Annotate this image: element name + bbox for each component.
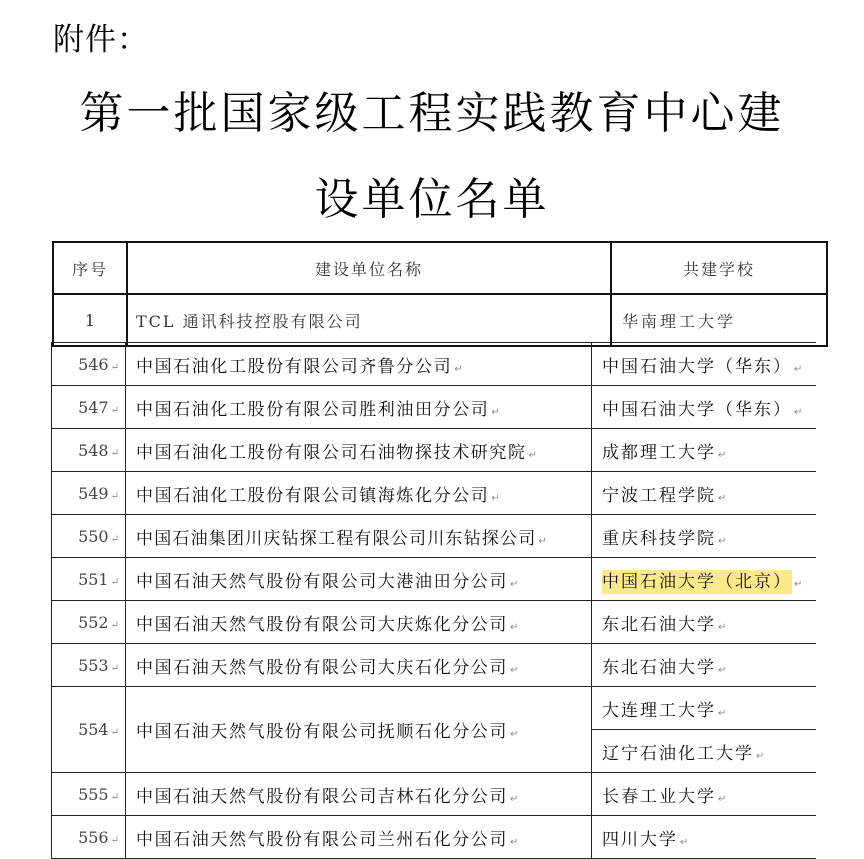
paragraph-mark-icon: ↵ <box>491 407 499 418</box>
row-school: 东北石油大学↵ <box>592 644 817 687</box>
paragraph-mark-icon: ↵ <box>718 708 726 719</box>
row-school: 长春工业大学↵ <box>592 773 817 816</box>
page-title-line-1: 第一批国家级工程实践教育中心建 <box>0 86 864 142</box>
row-school: 东北石油大学↵ <box>592 601 817 644</box>
row-school: 中国石油大学（华东）↵ <box>592 386 817 429</box>
row-unit-name: 中国石油天然气股份有限公司大庆炼化分公司↵ <box>126 601 592 644</box>
row-school: 重庆科技学院↵ <box>592 515 817 558</box>
row-number: 553↵ <box>52 644 126 687</box>
table-row: 550↵ 中国石油集团川庆钻探工程有限公司川东钻探公司↵ 重庆科技学院↵ <box>52 515 817 558</box>
paragraph-mark-icon: ↵ <box>454 364 462 375</box>
paragraph-mark-icon: ↵ <box>111 792 119 803</box>
row-school: 中国石油大学（北京）↵ <box>592 558 817 601</box>
paragraph-mark-icon: ↵ <box>510 837 518 848</box>
paragraph-mark-icon: ↵ <box>111 405 119 416</box>
row-school: 中国石油大学（华东）↵ <box>592 343 817 386</box>
header-table: 序号 建设单位名称 共建学校 1 TCL 通讯科技控股有限公司 华南理工大学 <box>52 241 828 347</box>
paragraph-mark-icon: ↵ <box>718 536 726 547</box>
row-school: 四川大学↵ <box>592 816 817 859</box>
row-school: 辽宁石油化工大学↵ <box>592 730 817 773</box>
paragraph-mark-icon: ↵ <box>510 729 518 740</box>
row-unit-name: TCL 通讯科技控股有限公司 <box>127 294 611 346</box>
paragraph-mark-icon: ↵ <box>794 364 802 375</box>
paragraph-mark-icon: ↵ <box>111 491 119 502</box>
row-unit-name: 中国石油化工股份有限公司镇海炼化分公司↵ <box>126 472 592 515</box>
table-row: 547↵ 中国石油化工股份有限公司胜利油田分公司↵ 中国石油大学（华东）↵ <box>52 386 817 429</box>
table-row-highlighted: 551↵ 中国石油天然气股份有限公司大港油田分公司↵ 中国石油大学（北京）↵ <box>52 558 817 601</box>
table-row: 555↵ 中国石油天然气股份有限公司吉林石化分公司↵ 长春工业大学↵ <box>52 773 817 816</box>
row-unit-name: 中国石油天然气股份有限公司大庆石化分公司↵ <box>126 644 592 687</box>
table-row-merged: 554↵ 中国石油天然气股份有限公司抚顺石化分公司↵ 大连理工大学↵ <box>52 687 817 730</box>
row-number: 546↵ <box>52 343 126 386</box>
paragraph-mark-icon: ↵ <box>680 837 688 848</box>
table-row: 556↵ 中国石油天然气股份有限公司兰州石化分公司↵ 四川大学↵ <box>52 816 817 859</box>
row-number: 554↵ <box>52 687 126 773</box>
row-school: 宁波工程学院↵ <box>592 472 817 515</box>
attachment-label: 附件： <box>53 20 149 60</box>
header-unit-name: 建设单位名称 <box>127 242 611 294</box>
table-row: 552↵ 中国石油天然气股份有限公司大庆炼化分公司↵ 东北石油大学↵ <box>52 601 817 644</box>
paragraph-mark-icon: ↵ <box>111 727 119 738</box>
paragraph-mark-icon: ↵ <box>491 493 499 504</box>
paragraph-mark-icon: ↵ <box>756 751 764 762</box>
row-unit-name: 中国石油天然气股份有限公司兰州石化分公司↵ <box>126 816 592 859</box>
row-unit-name: 中国石油天然气股份有限公司大港油田分公司↵ <box>126 558 592 601</box>
paragraph-mark-icon: ↵ <box>718 450 726 461</box>
row-school: 华南理工大学 <box>611 294 827 346</box>
row-unit-name: 中国石油天然气股份有限公司抚顺石化分公司↵ <box>126 687 592 773</box>
row-number: 552↵ <box>52 601 126 644</box>
paragraph-mark-icon: ↵ <box>510 579 518 590</box>
paragraph-mark-icon: ↵ <box>718 665 726 676</box>
row-unit-name: 中国石油集团川庆钻探工程有限公司川东钻探公司↵ <box>126 515 592 558</box>
paragraph-mark-icon: ↵ <box>718 622 726 633</box>
row-number: 547↵ <box>52 386 126 429</box>
paragraph-mark-icon: ↵ <box>111 448 119 459</box>
paragraph-mark-icon: ↵ <box>510 794 518 805</box>
list-table-section: 546↵ 中国石油化工股份有限公司齐鲁分公司↵ 中国石油大学（华东）↵ 547↵… <box>51 342 816 859</box>
row-number: 551↵ <box>52 558 126 601</box>
row-number: 556↵ <box>52 816 126 859</box>
table-header-row: 序号 建设单位名称 共建学校 <box>53 242 827 294</box>
row-unit-name: 中国石油化工股份有限公司齐鲁分公司↵ <box>126 343 592 386</box>
row-number: 1 <box>53 294 127 346</box>
row-school: 大连理工大学↵ <box>592 687 817 730</box>
row-number: 550↵ <box>52 515 126 558</box>
header-partner-school: 共建学校 <box>611 242 827 294</box>
paragraph-mark-icon: ↵ <box>718 794 726 805</box>
row-number: 549↵ <box>52 472 126 515</box>
paragraph-mark-icon: ↵ <box>111 835 119 846</box>
table-row: 546↵ 中国石油化工股份有限公司齐鲁分公司↵ 中国石油大学（华东）↵ <box>52 343 817 386</box>
paragraph-mark-icon: ↵ <box>529 450 537 461</box>
page-title-line-2: 设单位名单 <box>0 172 864 228</box>
row-school: 成都理工大学↵ <box>592 429 817 472</box>
list-table: 546↵ 中国石油化工股份有限公司齐鲁分公司↵ 中国石油大学（华东）↵ 547↵… <box>51 342 816 859</box>
paragraph-mark-icon: ↵ <box>794 579 802 590</box>
paragraph-mark-icon: ↵ <box>794 407 802 418</box>
paragraph-mark-icon: ↵ <box>111 663 119 674</box>
paragraph-mark-icon: ↵ <box>111 362 119 373</box>
paragraph-mark-icon: ↵ <box>538 536 546 547</box>
row-unit-name: 中国石油化工股份有限公司石油物探技术研究院↵ <box>126 429 592 472</box>
paragraph-mark-icon: ↵ <box>111 534 119 545</box>
table-row: 549↵ 中国石油化工股份有限公司镇海炼化分公司↵ 宁波工程学院↵ <box>52 472 817 515</box>
paragraph-mark-icon: ↵ <box>718 493 726 504</box>
row-unit-name: 中国石油天然气股份有限公司吉林石化分公司↵ <box>126 773 592 816</box>
header-number: 序号 <box>53 242 127 294</box>
row-number: 548↵ <box>52 429 126 472</box>
table-row: 548↵ 中国石油化工股份有限公司石油物探技术研究院↵ 成都理工大学↵ <box>52 429 817 472</box>
row-number: 555↵ <box>52 773 126 816</box>
row-unit-name: 中国石油化工股份有限公司胜利油田分公司↵ <box>126 386 592 429</box>
table-row: 1 TCL 通讯科技控股有限公司 华南理工大学 <box>53 294 827 346</box>
paragraph-mark-icon: ↵ <box>111 577 119 588</box>
highlighted-school-text: 中国石油大学（北京） <box>602 570 792 594</box>
paragraph-mark-icon: ↵ <box>510 665 518 676</box>
table-row: 553↵ 中国石油天然气股份有限公司大庆石化分公司↵ 东北石油大学↵ <box>52 644 817 687</box>
paragraph-mark-icon: ↵ <box>510 622 518 633</box>
paragraph-mark-icon: ↵ <box>111 620 119 631</box>
